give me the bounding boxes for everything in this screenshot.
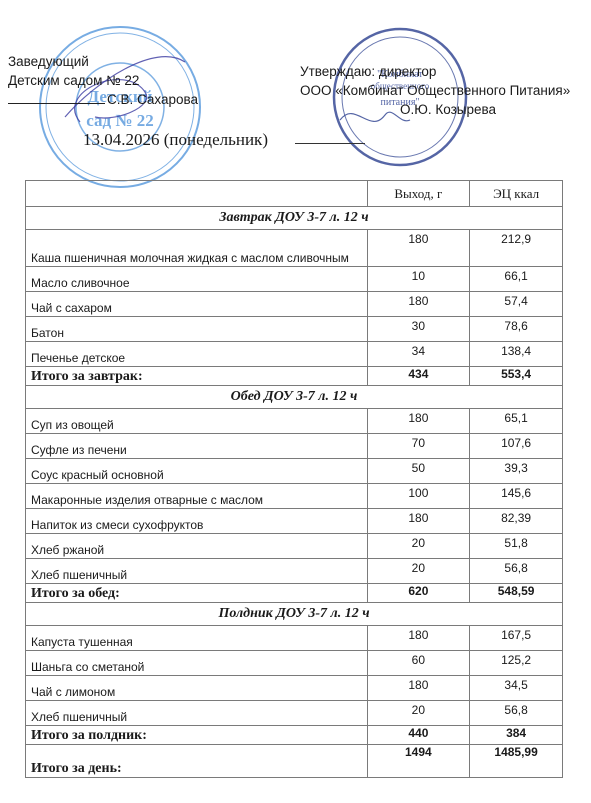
dish-yield: 20 (367, 534, 470, 559)
head-position: Заведующий (8, 52, 198, 71)
dish-yield: 180 (367, 230, 470, 267)
dish-name: Макаронные изделия отварные с маслом (26, 484, 368, 509)
dish-yield: 180 (367, 626, 470, 651)
total-yield: 440 (367, 726, 470, 745)
total-yield: 620 (367, 584, 470, 603)
dish-kcal: 138,4 (470, 342, 563, 367)
section-total-row: Итого за полдник:440384 (26, 726, 563, 745)
day-total-yield: 1494 (367, 745, 470, 778)
dish-kcal: 107,6 (470, 434, 563, 459)
dish-kcal: 167,5 (470, 626, 563, 651)
dish-name: Суп из овощей (26, 409, 368, 434)
section-total-row: Итого за обед:620548,59 (26, 584, 563, 603)
dish-kcal: 145,6 (470, 484, 563, 509)
dish-kcal: 39,3 (470, 459, 563, 484)
table-row: Хлеб пшеничный2056,8 (26, 701, 563, 726)
stamp-left-line2: сад № 22 (86, 111, 153, 130)
table-row: Суфле из печени70107,6 (26, 434, 563, 459)
menu-date: 13.04.2026 (понедельник) (83, 130, 268, 150)
dish-yield: 180 (367, 409, 470, 434)
dish-yield: 70 (367, 434, 470, 459)
table-row: Соус красный основной5039,3 (26, 459, 563, 484)
dish-yield: 100 (367, 484, 470, 509)
dish-kcal: 51,8 (470, 534, 563, 559)
dish-yield: 180 (367, 676, 470, 701)
table-row: Каша пшеничная молочная жидкая с маслом … (26, 230, 563, 267)
dish-name: Печенье детское (26, 342, 368, 367)
section-title-row: Обед ДОУ 3-7 л. 12 ч (26, 386, 563, 409)
day-total-kcal: 1485,99 (470, 745, 563, 778)
menu-table: Выход, г ЭЦ ккал Завтрак ДОУ 3-7 л. 12 ч… (25, 180, 563, 778)
col-header-kcal: ЭЦ ккал (470, 181, 563, 207)
dish-yield: 10 (367, 267, 470, 292)
dish-yield: 20 (367, 559, 470, 584)
section-title-row: Завтрак ДОУ 3-7 л. 12 ч (26, 207, 563, 230)
dish-name: Чай с лимоном (26, 676, 368, 701)
dish-yield: 50 (367, 459, 470, 484)
dish-kcal: 57,4 (470, 292, 563, 317)
dish-name: Суфле из печени (26, 434, 368, 459)
day-total-label: Итого за день: (26, 745, 368, 778)
section-title: Полдник ДОУ 3-7 л. 12 ч (26, 603, 563, 626)
table-row: Шаньга со сметаной60125,2 (26, 651, 563, 676)
dish-yield: 180 (367, 509, 470, 534)
table-header-row: Выход, г ЭЦ ккал (26, 181, 563, 207)
dish-kcal: 56,8 (470, 559, 563, 584)
dish-kcal: 66,1 (470, 267, 563, 292)
total-label: Итого за полдник: (26, 726, 368, 745)
total-yield: 434 (367, 367, 470, 386)
total-label: Итого за обед: (26, 584, 368, 603)
dish-name: Батон (26, 317, 368, 342)
dish-yield: 30 (367, 317, 470, 342)
dish-kcal: 125,2 (470, 651, 563, 676)
dish-kcal: 34,5 (470, 676, 563, 701)
total-kcal: 553,4 (470, 367, 563, 386)
table-row: Масло сливочное1066,1 (26, 267, 563, 292)
table-row: Напиток из смеси сухофруктов18082,39 (26, 509, 563, 534)
dish-name: Каша пшеничная молочная жидкая с маслом … (26, 230, 368, 267)
section-total-row: Итого за завтрак:434553,4 (26, 367, 563, 386)
dish-name: Хлеб ржаной (26, 534, 368, 559)
approver-signer: О.Ю. Козырева (300, 100, 570, 119)
approver-organization: ООО «Комбинат Общественного Питания» (300, 81, 570, 100)
head-organization: Детским садом № 22 (8, 71, 198, 90)
dish-yield: 60 (367, 651, 470, 676)
approve-label: Утверждаю: директор (300, 62, 570, 81)
table-row: Чай с лимоном18034,5 (26, 676, 563, 701)
header-left: Заведующий Детским садом № 22 С.В. Сахар… (8, 52, 198, 109)
dish-kcal: 212,9 (470, 230, 563, 267)
table-row: Макаронные изделия отварные с маслом1001… (26, 484, 563, 509)
table-row: Суп из овощей18065,1 (26, 409, 563, 434)
table-row: Батон3078,6 (26, 317, 563, 342)
dish-kcal: 82,39 (470, 509, 563, 534)
dish-yield: 34 (367, 342, 470, 367)
dish-yield: 20 (367, 701, 470, 726)
dish-name: Капуста тушенная (26, 626, 368, 651)
dish-name: Соус красный основной (26, 459, 368, 484)
table-row: Печенье детское34138,4 (26, 342, 563, 367)
table-row: Капуста тушенная180167,5 (26, 626, 563, 651)
total-kcal: 548,59 (470, 584, 563, 603)
dish-name: Хлеб пшеничный (26, 559, 368, 584)
day-total-row: Итого за день:14941485,99 (26, 745, 563, 778)
col-header-yield: Выход, г (367, 181, 470, 207)
section-title-row: Полдник ДОУ 3-7 л. 12 ч (26, 603, 563, 626)
section-title: Завтрак ДОУ 3-7 л. 12 ч (26, 207, 563, 230)
dish-kcal: 56,8 (470, 701, 563, 726)
total-label: Итого за завтрак: (26, 367, 368, 386)
total-kcal: 384 (470, 726, 563, 745)
dish-kcal: 65,1 (470, 409, 563, 434)
signature-line (8, 103, 105, 104)
section-title: Обед ДОУ 3-7 л. 12 ч (26, 386, 563, 409)
header-right: Утверждаю: директор ООО «Комбинат Общест… (300, 62, 570, 119)
table-row: Чай с сахаром18057,4 (26, 292, 563, 317)
dish-name: Масло сливочное (26, 267, 368, 292)
table-row: Хлеб пшеничный2056,8 (26, 559, 563, 584)
dish-name: Чай с сахаром (26, 292, 368, 317)
date-underline (295, 143, 365, 144)
col-header-name (26, 181, 368, 207)
head-signer: С.В. Сахарова (107, 92, 198, 107)
table-row: Хлеб ржаной2051,8 (26, 534, 563, 559)
dish-yield: 180 (367, 292, 470, 317)
dish-name: Шаньга со сметаной (26, 651, 368, 676)
dish-name: Напиток из смеси сухофруктов (26, 509, 368, 534)
dish-name: Хлеб пшеничный (26, 701, 368, 726)
dish-kcal: 78,6 (470, 317, 563, 342)
